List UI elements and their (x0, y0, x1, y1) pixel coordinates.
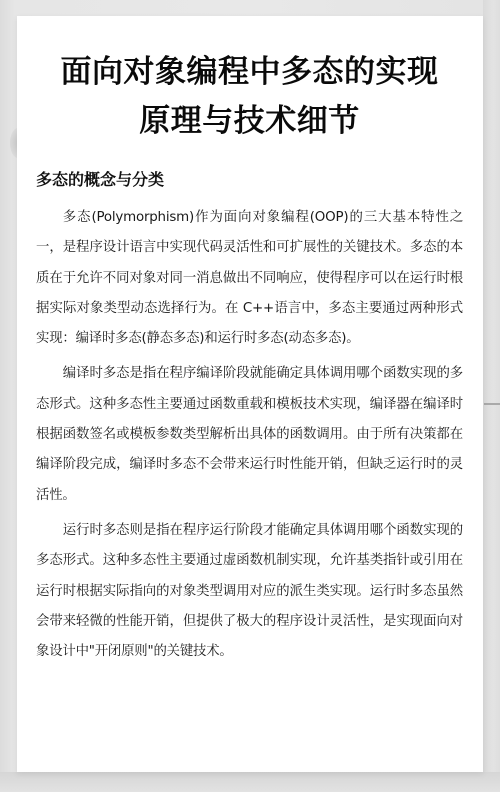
paragraph-compile-time-polymorphism: 编译时多态是指在程序编译阶段就能确定具体调用哪个函数实现的多态形式。这种多态性主… (36, 359, 463, 510)
document-page: 面向对象编程中多态的实现原理与技术细节 多态的概念与分类 多态(Polymorp… (17, 16, 483, 772)
document-title: 面向对象编程中多态的实现原理与技术细节 (36, 48, 463, 146)
section-polymorphism-concept: 多态的概念与分类 多态(Polymorphism)作为面向对象编程(OOP)的三… (36, 168, 463, 667)
paragraph-intro: 多态(Polymorphism)作为面向对象编程(OOP)的三大基本特性之一，是… (36, 203, 463, 354)
paragraph-runtime-polymorphism: 运行时多态则是指在程序运行阶段才能确定具体调用哪个函数实现的多态形式。这种多态性… (36, 516, 463, 667)
background-edge-line (484, 403, 500, 405)
section-heading: 多态的概念与分类 (36, 168, 463, 192)
background-shadow (0, 772, 500, 792)
background-edge-strip (483, 0, 500, 792)
